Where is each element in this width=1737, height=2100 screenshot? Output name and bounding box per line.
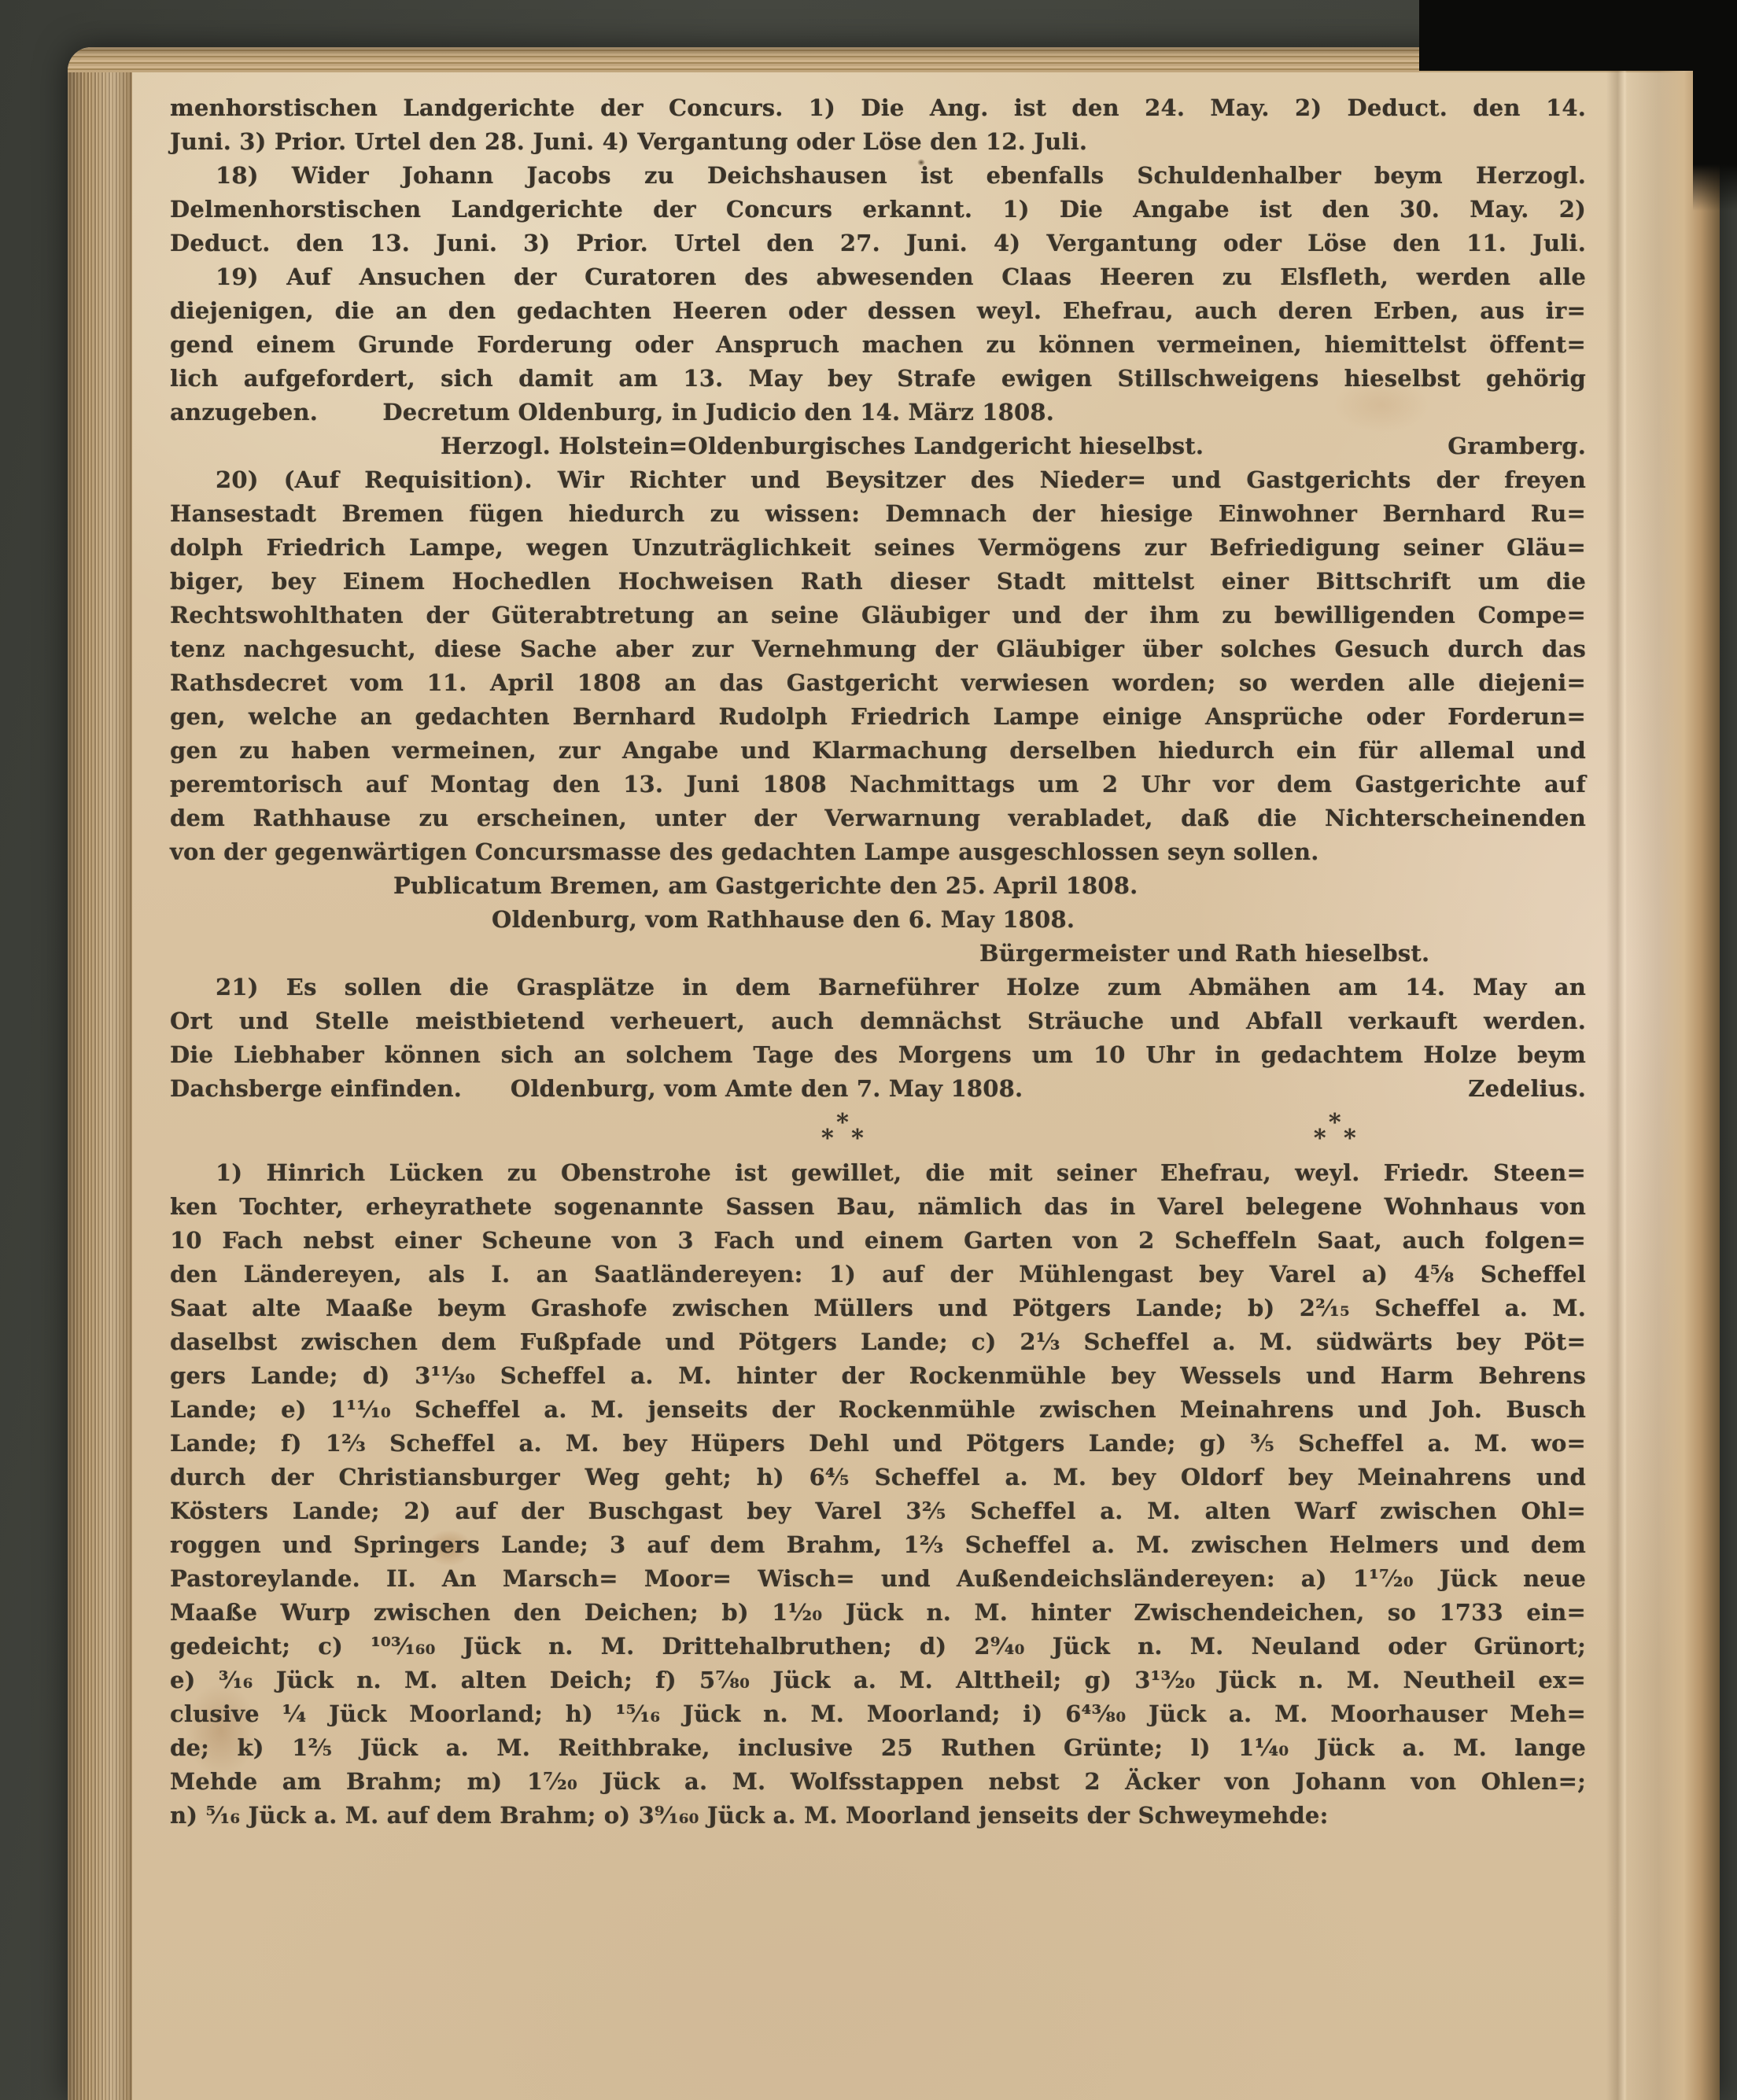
text-line: Bürgermeister und Rath hieselbst. [170,937,1586,971]
text-line-left: Maaße Wurp zwischen den Deichen; b) 1¹⁄₂… [170,1599,1586,1626]
asterisk-separator: ** * ** * [170,1106,1586,1156]
text-line-left: tenz nachgesucht, diese Sache aber zur V… [170,636,1586,662]
text-line-left: 1) Hinrich Lücken zu Obenstrohe ist gewi… [216,1159,1586,1186]
text-line: Delmenhorstischen Landgerichte der Concu… [170,193,1586,227]
text-line: 19) Auf Ansuchen der Curatoren des abwes… [170,260,1586,294]
text-line: Maaße Wurp zwischen den Deichen; b) 1¹⁄₂… [170,1596,1586,1630]
page-fore-edge-stack [68,47,132,2100]
text-line: ken Tochter, erheyrathete sogenannte Sas… [170,1190,1586,1224]
text-line-left: Oldenburg, vom Rathhause den 6. May 1808… [492,906,1075,933]
text-line-left: Bürgermeister und Rath hieselbst. [979,940,1429,967]
text-line: 18) Wider Johann Jacobs zu Deichshausen … [170,159,1586,193]
text-line-left: von der gegenwärtigen Concursmasse des g… [170,838,1319,865]
text-line: Rechtswohlthaten der Güterabtretung an s… [170,599,1586,632]
text-line: durch der Christiansburger Weg geht; h) … [170,1461,1586,1494]
text-line: Lande; f) 1²⁄₃ Scheffel a. M. bey Hüpers… [170,1427,1586,1461]
text-line-left: Herzogl. Holstein=Oldenburgisches Landge… [170,429,1204,463]
text-line: 20) (Auf Requisition). Wir Richter und B… [170,463,1586,497]
asterism-icon: ** * [1309,1115,1361,1147]
text-line-left: 20) (Auf Requisition). Wir Richter und B… [216,466,1586,493]
text-line-left: Kösters Lande; 2) auf der Buschgast bey … [170,1498,1586,1524]
text-line: Pastoreylande. II. An Marsch= Moor= Wisc… [170,1562,1586,1596]
text-line-left: Ort und Stelle meistbietend verheuert, a… [170,1008,1586,1034]
text-line: von der gegenwärtigen Concursmasse des g… [170,835,1586,869]
text-line-left: Dachsberge einfinden. Oldenburg, vom Amt… [170,1072,1023,1106]
text-line-left: Lande; e) 1¹¹⁄₁₀ Scheffel a. M. jenseits… [170,1396,1586,1423]
text-line-left: Juni. 3) Prior. Urtel den 28. Juni. 4) V… [170,128,1087,155]
text-line: gers Lande; d) 3¹¹⁄₃₀ Scheffel a. M. hin… [170,1359,1586,1393]
text-line-left: 18) Wider Johann Jacobs zu Deichshausen … [216,162,1586,189]
text-line-left: Rathsdecret vom 11. April 1808 an das Ga… [170,669,1586,696]
text-line: Mehde am Brahm; m) 1⁷⁄₂₀ Jück a. M. Wolf… [170,1765,1586,1799]
text-line: roggen und Springers Lande; 3 auf dem Br… [170,1528,1586,1562]
text-line-left: lich aufgefordert, sich damit am 13. May… [170,365,1586,392]
text-line-left: daselbst zwischen dem Fußpfade und Pötge… [170,1328,1586,1355]
text-line-left: Pastoreylande. II. An Marsch= Moor= Wisc… [170,1565,1586,1592]
text-line: Kösters Lande; 2) auf der Buschgast bey … [170,1494,1586,1528]
text-line-left: Rechtswohlthaten der Güterabtretung an s… [170,602,1586,628]
text-line-left: gen, welche an gedachten Bernhard Rudolp… [170,703,1586,730]
text-line: de; k) 1²⁄₅ Jück a. M. Reithbrake, inclu… [170,1731,1586,1765]
text-line-left: clusive ¹⁄₄ Jück Moorland; h) ¹⁵⁄₁₆ Jück… [170,1700,1586,1727]
text-line-left: den Ländereyen, als I. an Saatländereyen… [170,1261,1586,1288]
text-line-left: gen zu haben vermeinen, zur Angabe und K… [170,737,1586,764]
text-line: Lande; e) 1¹¹⁄₁₀ Scheffel a. M. jenseits… [170,1393,1586,1427]
book-page: menhorstischen Landgerichte der Concurs.… [68,47,1720,2100]
text-line: gend einem Grunde Forderung oder Anspruc… [170,328,1586,362]
text-line-left: 21) Es sollen die Grasplätze in dem Barn… [216,974,1586,1000]
text-line-left: n) ⁵⁄₁₆ Jück a. M. auf dem Brahm; o) 3⁹⁄… [170,1802,1328,1829]
text-line-left: Lande; f) 1²⁄₃ Scheffel a. M. bey Hüpers… [170,1430,1586,1457]
text-line: Ort und Stelle meistbietend verheuert, a… [170,1004,1586,1038]
text-line: biger, bey Einem Hochedlen Hochweisen Ra… [170,565,1586,599]
text-line-left: durch der Christiansburger Weg geht; h) … [170,1464,1586,1490]
text-line: tenz nachgesucht, diese Sache aber zur V… [170,632,1586,666]
text-line: Juni. 3) Prior. Urtel den 28. Juni. 4) V… [170,125,1586,159]
text-line-left: biger, bey Einem Hochedlen Hochweisen Ra… [170,568,1586,595]
text-line: diejenigen, die an den gedachten Heeren … [170,294,1586,328]
text-line: gen zu haben vermeinen, zur Angabe und K… [170,734,1586,768]
text-line-left: de; k) 1²⁄₅ Jück a. M. Reithbrake, inclu… [170,1734,1586,1761]
text-line-left: gend einem Grunde Forderung oder Anspruc… [170,331,1586,358]
text-line-left: diejenigen, die an den gedachten Heeren … [170,297,1586,324]
text-line: Deduct. den 13. Juni. 3) Prior. Urtel de… [170,227,1586,260]
scan-background-cutout [1419,0,1737,71]
text-line-left: Publicatum Bremen, am Gastgerichte den 2… [393,872,1138,899]
text-line-left: Die Liebhaber können sich an solchem Tag… [170,1041,1586,1068]
text-line: 21) Es sollen die Grasplätze in dem Barn… [170,971,1586,1004]
text-line: Publicatum Bremen, am Gastgerichte den 2… [170,869,1586,903]
text-line-left: Saat alte Maaße beym Grashofe zwischen M… [170,1295,1586,1321]
text-line: Die Liebhaber können sich an solchem Tag… [170,1038,1586,1072]
text-line: den Ländereyen, als I. an Saatländereyen… [170,1258,1586,1291]
text-line-left: dolph Friedrich Lampe, wegen Unzuträglic… [170,534,1586,561]
text-line: gen, welche an gedachten Bernhard Rudolp… [170,700,1586,734]
text-line-right: Gramberg. [1447,429,1586,463]
text-line-left: anzugeben. Decretum Oldenburg, in Judici… [170,399,1054,426]
text-line-right: Zedelius. [1468,1072,1586,1106]
text-line: e) ³⁄₁₆ Jück n. M. alten Deich; f) 5⁷⁄₈₀… [170,1663,1586,1697]
text-line-left: roggen und Springers Lande; 3 auf dem Br… [170,1531,1586,1558]
text-line: 1) Hinrich Lücken zu Obenstrohe ist gewi… [170,1156,1586,1190]
text-line-left: Mehde am Brahm; m) 1⁷⁄₂₀ Jück a. M. Wolf… [170,1768,1586,1795]
text-line-left: 10 Fach nebst einer Scheune von 3 Fach u… [170,1227,1586,1254]
text-line-left: Hansestadt Bremen fügen hiedurch zu wiss… [170,500,1586,527]
text-line: Rathsdecret vom 11. April 1808 an das Ga… [170,666,1586,700]
text-block: menhorstischen Landgerichte der Concurs.… [170,91,1586,1833]
text-line: Hansestadt Bremen fügen hiedurch zu wiss… [170,497,1586,531]
text-line: anzugeben. Decretum Oldenburg, in Judici… [170,396,1586,429]
text-line-left: e) ³⁄₁₆ Jück n. M. alten Deich; f) 5⁷⁄₈₀… [170,1667,1586,1693]
page-crease [1606,47,1627,2100]
text-line: Dachsberge einfinden. Oldenburg, vom Amt… [170,1072,1586,1106]
text-line: lich aufgefordert, sich damit am 13. May… [170,362,1586,396]
text-line-left: menhorstischen Landgerichte der Concurs.… [170,94,1586,121]
text-line-left: Deduct. den 13. Juni. 3) Prior. Urtel de… [170,230,1586,256]
text-line-left: peremtorisch auf Montag den 13. Juni 180… [170,771,1586,798]
page-right-fold [1625,47,1720,2100]
text-line: n) ⁵⁄₁₆ Jück a. M. auf dem Brahm; o) 3⁹⁄… [170,1799,1586,1833]
text-line: Herzogl. Holstein=Oldenburgisches Landge… [170,429,1586,463]
text-line: 10 Fach nebst einer Scheune von 3 Fach u… [170,1224,1586,1258]
text-line-left: gers Lande; d) 3¹¹⁄₃₀ Scheffel a. M. hin… [170,1362,1586,1389]
text-line: daselbst zwischen dem Fußpfade und Pötge… [170,1325,1586,1359]
text-line: dem Rathhause zu erscheinen, unter der V… [170,801,1586,835]
asterism-icon: ** * [817,1115,868,1147]
text-line: clusive ¹⁄₄ Jück Moorland; h) ¹⁵⁄₁₆ Jück… [170,1697,1586,1731]
text-line: menhorstischen Landgerichte der Concurs.… [170,91,1586,125]
text-line-left: ken Tochter, erheyrathete sogenannte Sas… [170,1193,1586,1220]
text-line-left: Delmenhorstischen Landgerichte der Concu… [170,196,1586,223]
text-line-left: 19) Auf Ansuchen der Curatoren des abwes… [216,263,1586,290]
text-line: gedeicht; c) ¹⁰³⁄₁₆₀ Jück n. M. Dritteha… [170,1630,1586,1663]
text-line: Oldenburg, vom Rathhause den 6. May 1808… [170,903,1586,937]
text-line: peremtorisch auf Montag den 13. Juni 180… [170,768,1586,801]
text-line: Saat alte Maaße beym Grashofe zwischen M… [170,1291,1586,1325]
text-line-left: gedeicht; c) ¹⁰³⁄₁₆₀ Jück n. M. Dritteha… [170,1633,1586,1660]
text-line-left: dem Rathhause zu erscheinen, unter der V… [170,805,1586,831]
text-line: dolph Friedrich Lampe, wegen Unzuträglic… [170,531,1586,565]
scan-background-cutout-edge [1693,0,1737,211]
